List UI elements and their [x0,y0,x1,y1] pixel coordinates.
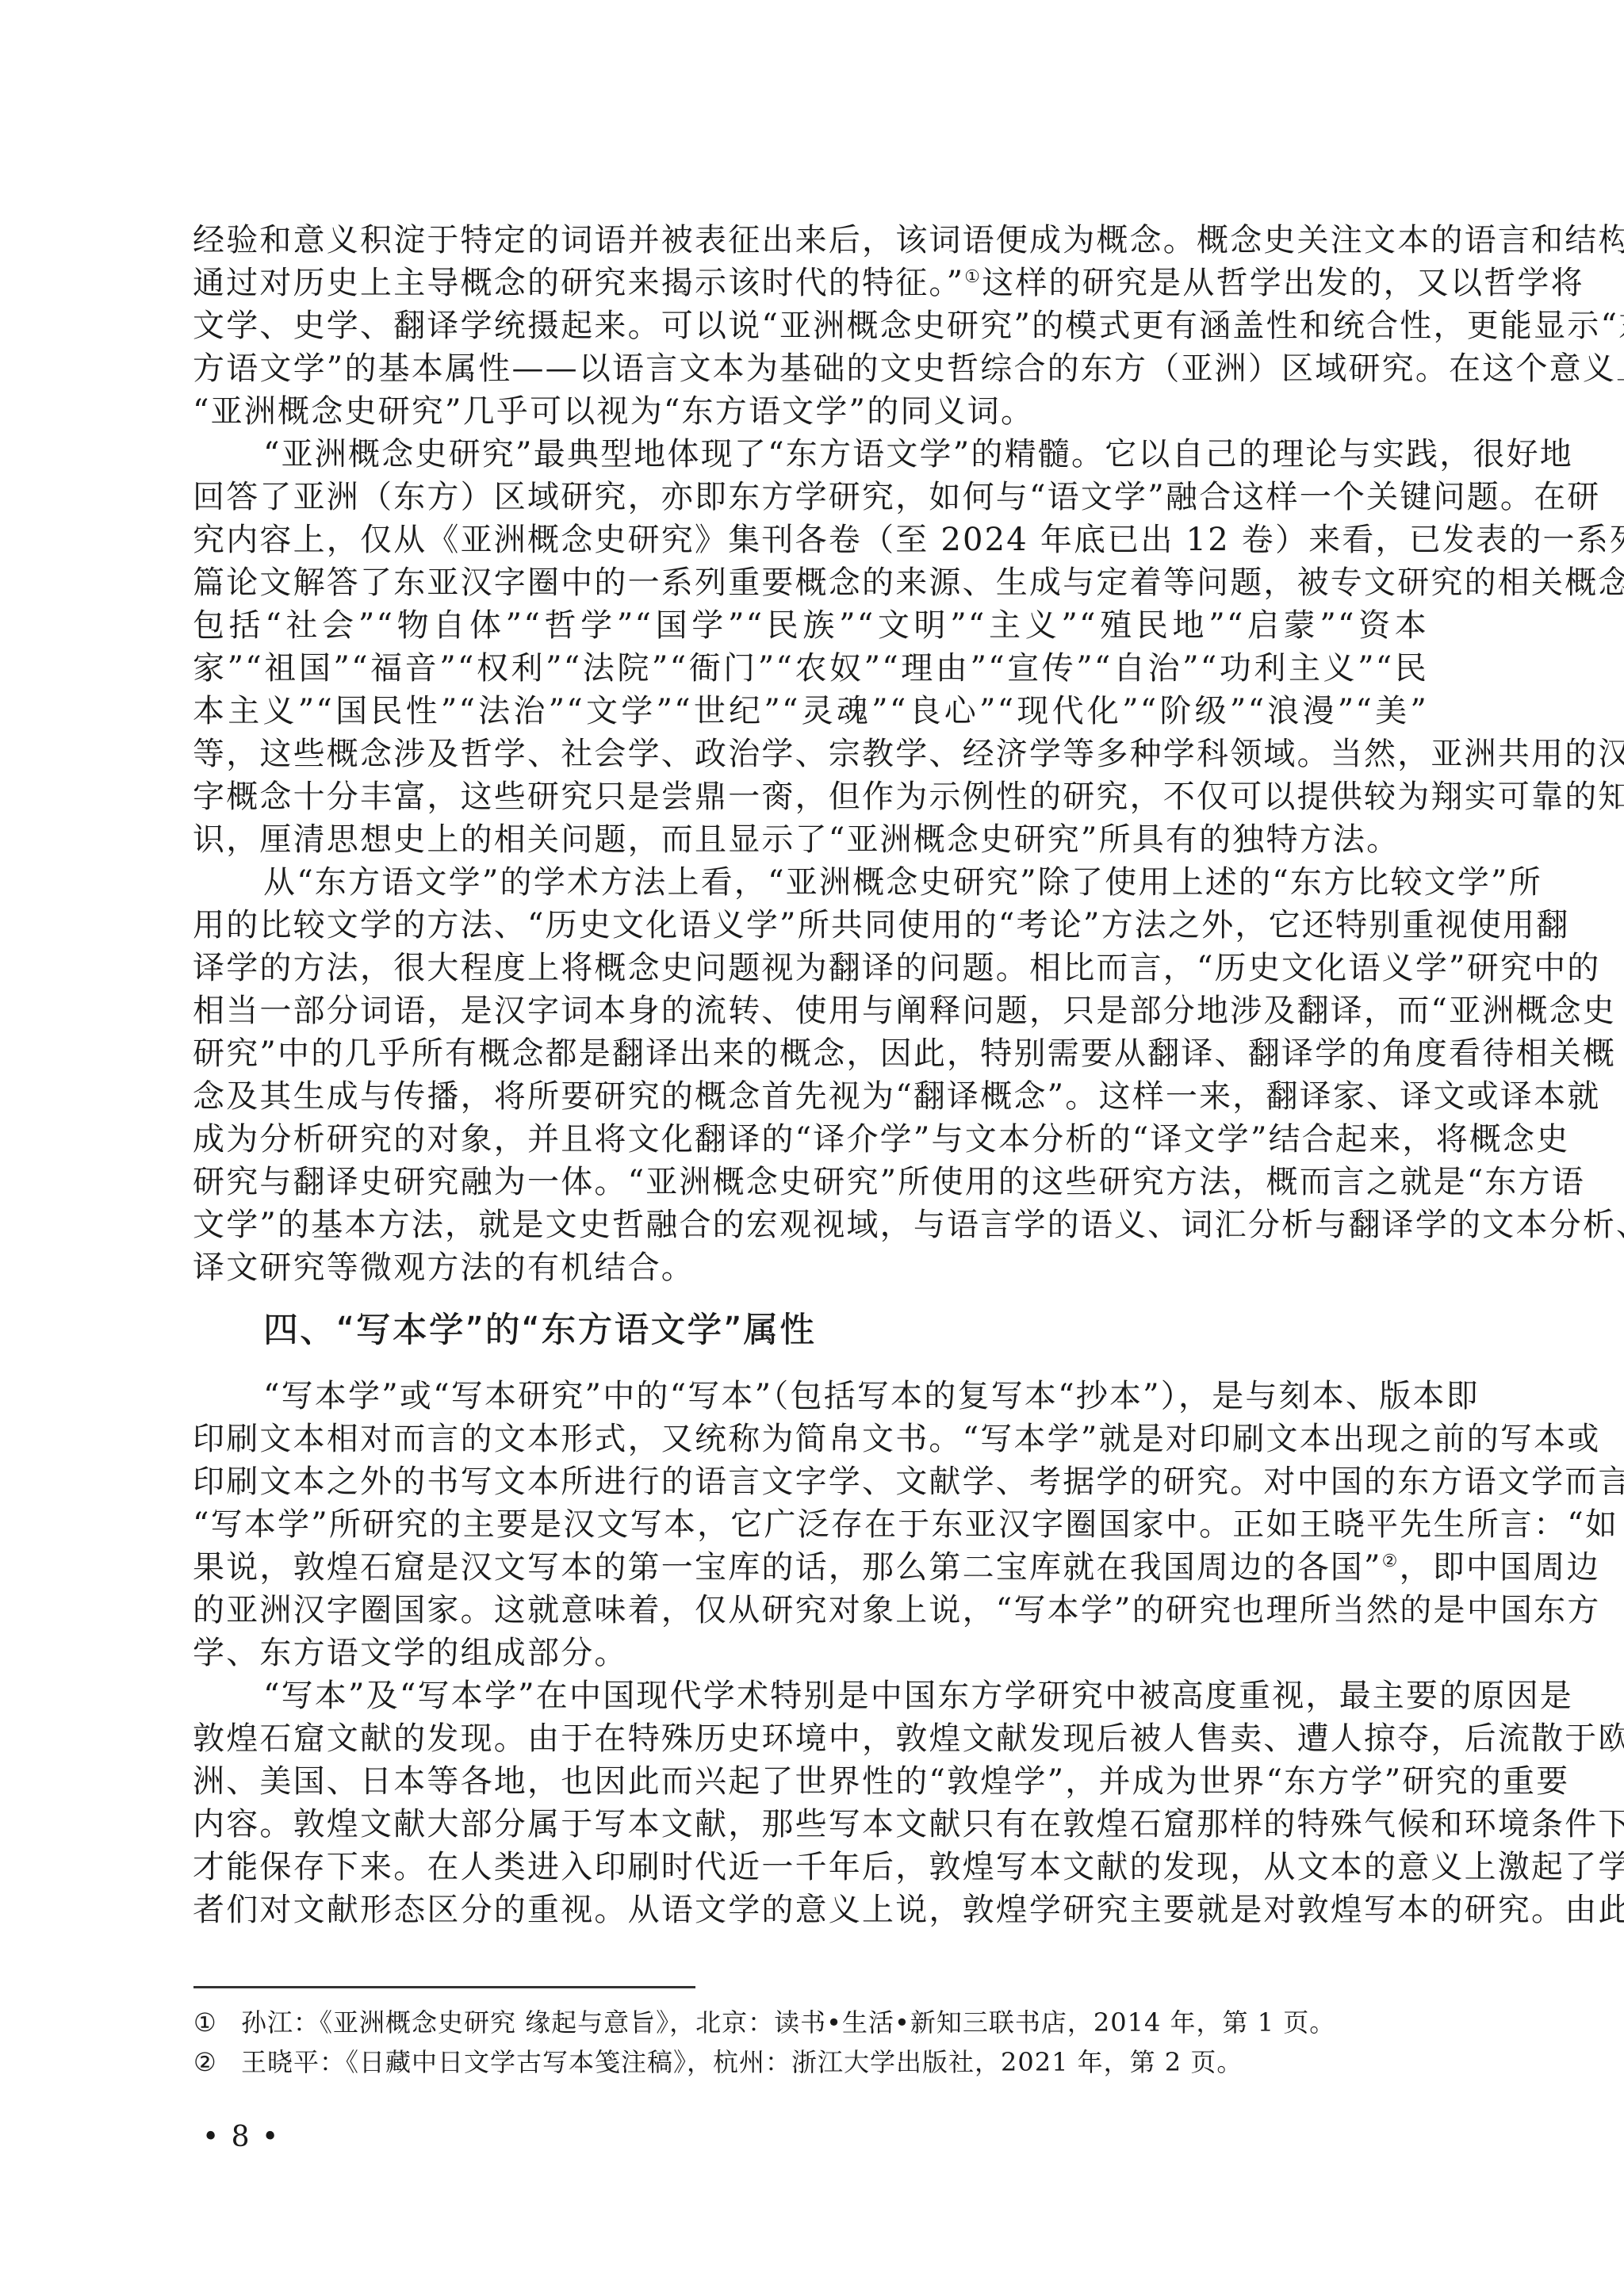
text-segment: 通过对历史上主导概念的研究来揭示该时代的特征。” [193,265,964,301]
footnote-1: ①孙江：《亚洲概念史研究 缘起与意旨》，北京：读书•生活•新知三联书店，2014… [193,2003,1431,2042]
text-line: 究内容上，仅从《亚洲概念史研究》集刊各卷（至 2024 年底已出 12 卷）来看… [193,519,1428,561]
text-segment: 果说，敦煌石窟是汉文写本的第一宝库的话，那么第二宝库就在我国周边的各国” [193,1549,1382,1586]
text-line: 才能保存下来。在人类进入印刷时代近一千年后，敦煌写本文献的发现，从文本的意义上激… [193,1846,1428,1888]
text-line: 文学”的基本方法，就是文史哲融合的宏观视域，与语言学的语义、词汇分析与翻译学的文… [193,1203,1428,1246]
text-line: 字概念十分丰富，这些研究只是尝鼎一脔，但作为示例性的研究，不仅可以提供较为翔实可… [193,775,1428,818]
paragraph-2: “亚洲概念史研究”最典型地体现了“东方语文学”的精髓。它以自己的理论与实践，很好… [193,433,1428,861]
text-line: “亚洲概念史研究”最典型地体现了“东方语文学”的精髓。它以自己的理论与实践，很好… [193,433,1428,476]
footnote-mark: ② [193,2042,241,2082]
text-line: 识，厘清思想史上的相关问题，而且显示了“亚洲概念史研究”所具有的独特方法。 [193,818,1428,861]
text-line: 用的比较文学的方法、“历史文化语义学”所共同使用的“考论”方法之外，它还特别重视… [193,904,1428,947]
footnote-text: 王晓平：《日藏中日文学古写本笺注稿》，杭州：浙江大学出版社，2021 年，第 2… [241,2047,1243,2077]
text-line: 者们对文献形态区分的重视。从语文学的意义上说，敦煌学研究主要就是对敦煌写本的研究… [193,1888,1428,1931]
text-line: 的亚洲汉字圈国家。这就意味着，仅从研究对象上说，“写本学”的研究也理所当然的是中… [193,1589,1428,1632]
footnote-ref-1[interactable]: ① [964,267,982,287]
text-line: 印刷文本之外的书写文本所进行的语言文字学、文献学、考据学的研究。对中国的东方语文… [193,1460,1428,1503]
footnote-text: 孙江：《亚洲概念史研究 缘起与意旨》，北京：读书•生活•新知三联书店，2014 … [241,2007,1335,2038]
paragraph-5: “写本”及“写本学”在中国现代学术特别是中国东方学研究中被高度重视，最主要的原因… [193,1674,1428,1931]
footnote-mark: ① [193,2003,241,2042]
paragraph-1: 经验和意义积淀于特定的词语并被表征出来后，该词语便成为概念。概念史关注文本的语言… [193,219,1428,433]
text-line: 印刷文本相对而言的文本形式，又统称为简帛文书。“写本学”就是对印刷文本出现之前的… [193,1418,1428,1460]
text-line: 方语文学”的基本属性——以语言文本为基础的文史哲综合的东方（亚洲）区域研究。在这… [193,347,1428,390]
text-line: 等，这些概念涉及哲学、社会学、政治学、宗教学、经济学等多种学科领域。当然，亚洲共… [193,733,1428,775]
text-line: “写本学”所研究的主要是汉文写本，它广泛存在于东亚汉字圈国家中。正如王晓平先生所… [193,1503,1428,1546]
footnotes: ①孙江：《亚洲概念史研究 缘起与意旨》，北京：读书•生活•新知三联书店，2014… [193,2003,1431,2082]
text-line: 经验和意义积淀于特定的词语并被表征出来后，该词语便成为概念。概念史关注文本的语言… [193,219,1428,262]
paragraph-3: 从“东方语文学”的学术方法上看，“亚洲概念史研究”除了使用上述的“东方比较文学”… [193,861,1428,1289]
text-line: 家”“祖国”“福音”“权利”“法院”“衙门”“农奴”“理由”“宣传”“自治”“功… [193,647,1428,690]
article-body: 经验和意义积淀于特定的词语并被表征出来后，该词语便成为概念。概念史关注文本的语言… [193,219,1428,1931]
text-line: 学、东方语文学的组成部分。 [193,1632,1428,1674]
footnote-2: ②王晓平：《日藏中日文学古写本笺注稿》，杭州：浙江大学出版社，2021 年，第 … [193,2042,1431,2082]
text-line: 从“东方语文学”的学术方法上看，“亚洲概念史研究”除了使用上述的“东方比较文学”… [193,861,1428,904]
footnote-divider [193,1986,695,1988]
page-number: • 8 • [202,2122,280,2153]
text-segment: ，即中国周边 [1400,1549,1600,1586]
paragraph-4: “写本学”或“写本研究”中的“写本”（包括写本的复写本“抄本”），是与刻本、版本… [193,1375,1428,1674]
text-line: 相当一部分词语，是汉字词本身的流转、使用与阐释问题，只是部分地涉及翻译，而“亚洲… [193,989,1428,1032]
text-line: 本主义”“国民性”“法治”“文学”“世纪”“灵魂”“良心”“现代化”“阶级”“浪… [193,690,1428,733]
text-line: 译学的方法，很大程度上将概念史问题视为翻译的问题。相比而言，“历史文化语义学”研… [193,947,1428,989]
text-line: 回答了亚洲（东方）区域研究，亦即东方学研究，如何与“语文学”融合这样一个关键问题… [193,476,1428,519]
text-line: “写本”及“写本学”在中国现代学术特别是中国东方学研究中被高度重视，最主要的原因… [193,1674,1428,1717]
spacer [193,1364,1428,1375]
text-line: 研究”中的几乎所有概念都是翻译出来的概念，因此，特别需要从翻译、翻译学的角度看待… [193,1032,1428,1075]
text-line: 洲、美国、日本等各地，也因此而兴起了世界性的“敦煌学”，并成为世界“东方学”研究… [193,1760,1428,1803]
text-line: “亚洲概念史研究”几乎可以视为“东方语文学”的同义词。 [193,390,1428,433]
text-line: 成为分析研究的对象，并且将文化翻译的“译介学”与文本分析的“译文学”结合起来，将… [193,1118,1428,1161]
text-line: 敦煌石窟文献的发现。由于在特殊历史环境中，敦煌文献发现后被人售卖、遭人掠夺，后流… [193,1717,1428,1760]
text-line: 研究与翻译史研究融为一体。“亚洲概念史研究”所使用的这些研究方法，概而言之就是“… [193,1161,1428,1203]
text-line: 包括“社会”“物自体”“哲学”“国学”“民族”“文明”“主义”“殖民地”“启蒙”… [193,604,1428,647]
footnote-ref-2[interactable]: ② [1382,1552,1400,1571]
text-line: 果说，敦煌石窟是汉文写本的第一宝库的话，那么第二宝库就在我国周边的各国”②，即中… [193,1546,1428,1589]
text-line: 文学、史学、翻译学统摄起来。可以说“亚洲概念史研究”的模式更有涵盖性和统合性，更… [193,304,1428,347]
text-line: 念及其生成与传播，将所要研究的概念首先视为“翻译概念”。这样一来，翻译家、译文或… [193,1075,1428,1118]
text-segment: 这样的研究是从哲学出发的，又以哲学将 [982,265,1584,301]
text-line: “写本学”或“写本研究”中的“写本”（包括写本的复写本“抄本”），是与刻本、版本… [193,1375,1428,1418]
text-line: 译文研究等微观方法的有机结合。 [193,1246,1428,1289]
text-line: 内容。敦煌文献大部分属于写本文献，那些写本文献只有在敦煌石窟那样的特殊气候和环境… [193,1803,1428,1846]
text-line: 通过对历史上主导概念的研究来揭示该时代的特征。”①这样的研究是从哲学出发的，又以… [193,262,1428,304]
text-line: 篇论文解答了东亚汉字圈中的一系列重要概念的来源、生成与定着等问题，被专文研究的相… [193,561,1428,604]
section-heading: 四、“写本学”的“东方语文学”属性 [193,1297,1428,1364]
